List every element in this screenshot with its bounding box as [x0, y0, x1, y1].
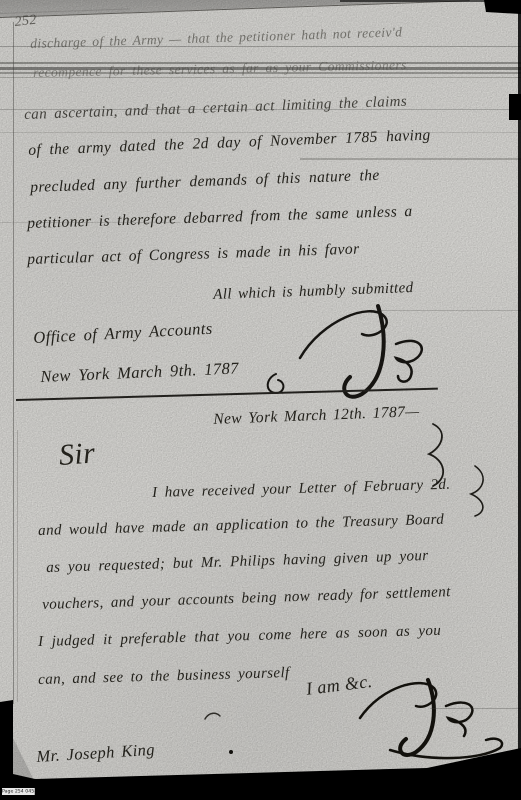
letter-salutation: Sir — [58, 438, 96, 470]
signature-tail-icon — [390, 739, 502, 758]
letter-signature — [330, 676, 508, 761]
document-scan: 252 discharge of the Army — that the pet… — [0, 0, 521, 800]
scan-border-right-patch — [509, 94, 521, 120]
page-fold-line-2 — [17, 430, 18, 702]
signature-stem-icon — [344, 306, 383, 397]
signature-loop-icon — [360, 683, 436, 718]
page-number: 252 — [14, 14, 38, 30]
scan-border-top-strip — [340, 0, 521, 2]
pen-flourish-icon — [455, 462, 490, 517]
signature-stem-icon — [400, 680, 434, 755]
signature-p-icon — [446, 703, 472, 736]
pen-mark-icon — [203, 710, 223, 722]
signature-curl-icon — [268, 374, 284, 393]
signature-loop-icon — [300, 311, 387, 358]
scan-label: Page 254 045-01 — [2, 788, 35, 795]
ink-dot — [229, 750, 233, 754]
signature-p-icon — [396, 341, 422, 382]
page-fold-line — [13, 22, 14, 704]
